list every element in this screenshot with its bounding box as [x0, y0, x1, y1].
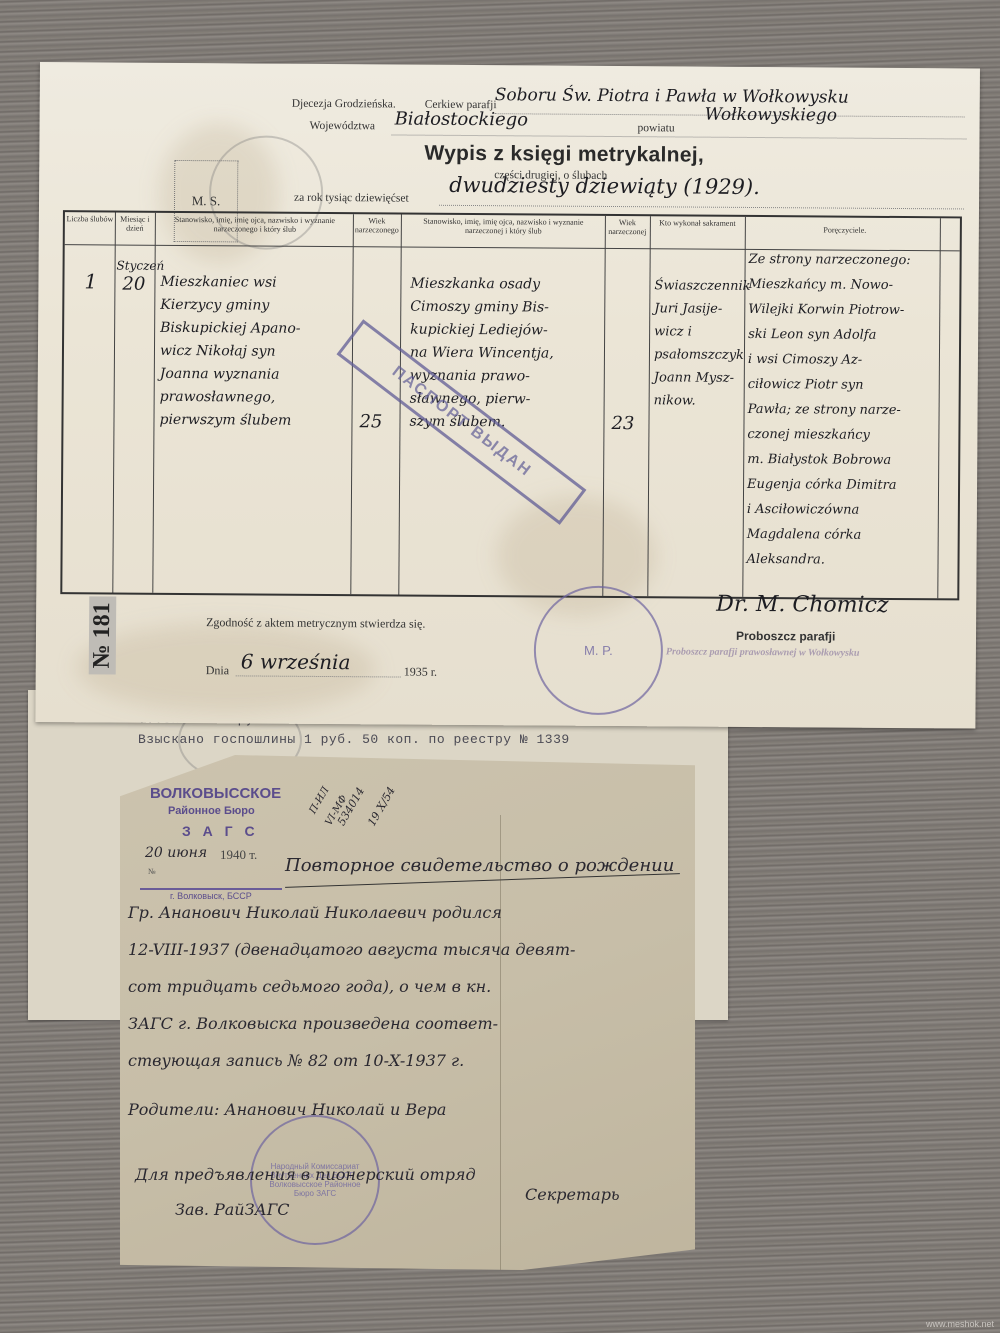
bride-age: 23 — [611, 412, 634, 435]
zags-stamp-label: З А Г С — [182, 823, 259, 839]
marriage-day: 20 — [122, 273, 145, 296]
officiant-details: Świaszczennik Juri Jasije- wicz i psałom… — [654, 274, 751, 413]
soviet-birth-certificate: ВОЛКОВЫССКОЕ Районное Бюро З А Г С 20 ию… — [120, 755, 695, 1270]
zags-stamp-bureau: Районное Бюро — [168, 805, 255, 817]
year-value: dwudziesty dziewiąty (1929). — [449, 173, 760, 199]
zags-stamp-year: 1940 т. — [220, 847, 257, 863]
header-groom-age: Wiek narzeczonego — [353, 216, 401, 234]
county-value: Wołkowyskiego — [705, 105, 838, 126]
witnesses-details: Ze strony narzeczonego: Mieszkańcy m. No… — [746, 247, 910, 573]
year-label: za rok tysiąc dziewięćset — [294, 192, 409, 205]
header-bride: Stanowisko, imię, imię ojca, nazwisko i … — [411, 217, 596, 236]
margin-note-1: П-ИЛ — [308, 785, 332, 816]
zags-stamp-date: 20 июня — [145, 845, 207, 861]
voivodeship-label: Województwa — [310, 120, 376, 132]
priest-signature: Dr. M. Chomicz — [716, 592, 888, 618]
conformity-text: Zgodność z aktem metrycznym stwierdza si… — [206, 615, 425, 632]
date-label: Dnia — [206, 663, 229, 678]
parish-round-seal: M. P. — [533, 585, 663, 715]
parish-value: Soboru Św. Piotra i Pawła w Wołkowysku — [495, 85, 849, 107]
header-bride-age: Wiek narzeczonej — [605, 218, 650, 236]
header-witnesses: Poręczyciele. — [755, 225, 935, 235]
zags-stamp-city: г. Волковыск, БССР — [170, 891, 252, 901]
watermark: www.meshok.net — [926, 1319, 994, 1329]
marriage-number: 1 — [84, 270, 97, 293]
header-month-day: Miesiąc i dzień — [115, 215, 155, 233]
diocese-label: Djecezja Grodzieńska. — [292, 98, 396, 111]
zags-stamp-number-label: № — [148, 867, 156, 876]
date-value: 6 września — [241, 649, 351, 674]
head-signature-label: Зав. РайЗАГС — [175, 1200, 290, 1219]
priest-stamp: Proboszcz parafji prawosławnej w Wołkowy… — [666, 646, 860, 658]
body-line-5: ствующая запись № 82 от 10-X-1937 г. — [128, 1051, 464, 1070]
body-line-3: сот тридцать седьмого года), о чем в кн. — [128, 977, 491, 996]
groom-details: Mieszkaniec wsi Kierzycy gminy Biskupick… — [159, 271, 300, 433]
typed-line-2: Взыскано госпошлины 1 руб. 50 коп. по ре… — [138, 732, 570, 747]
body-line-4: ЗАГС г. Волковыска произведена соответ- — [128, 1014, 498, 1033]
priest-label: Proboszcz parafji — [736, 629, 835, 644]
document-title: Wypis z księgi metrykalnej, — [424, 142, 704, 168]
voivodeship-value: Białostockiego — [395, 108, 529, 130]
certificate-title: Повторное свидетельство о рождении — [285, 855, 674, 876]
zags-stamp-org: ВОЛКОВЫССКОЕ — [150, 785, 281, 802]
margin-note-4: 19 X/54 — [365, 785, 398, 829]
purpose-line: Для предъявления в пионерский отряд — [135, 1165, 476, 1184]
body-line-1: Гр. Ананович Николай Николаевич родился — [128, 903, 502, 922]
header-groom: Stanowisko, imię, imię ojca, nazwisko i … — [165, 215, 345, 234]
certificate-number: № 181 — [89, 596, 117, 674]
parents-line: Родители: Ананович Николай и Вера — [128, 1100, 446, 1119]
groom-age: 25 — [359, 410, 382, 433]
header-marriage-count: Liczba ślubów — [65, 214, 115, 223]
header-officiant: Kto wykonał sakrament — [655, 218, 740, 228]
marriage-record-table: Liczba ślubów Miesiąc i dzień Stanowisko… — [60, 210, 962, 600]
polish-marriage-certificate: M. S. Djecezja Grodzieńska. Cerkiew para… — [35, 62, 980, 729]
secretary-label: Секретарь — [525, 1185, 620, 1204]
body-line-2: 12-VIII-1937 (двенадцатого августа тысяч… — [128, 940, 575, 959]
date-year: 1935 r. — [404, 665, 437, 680]
county-label: powiatu — [638, 122, 675, 134]
